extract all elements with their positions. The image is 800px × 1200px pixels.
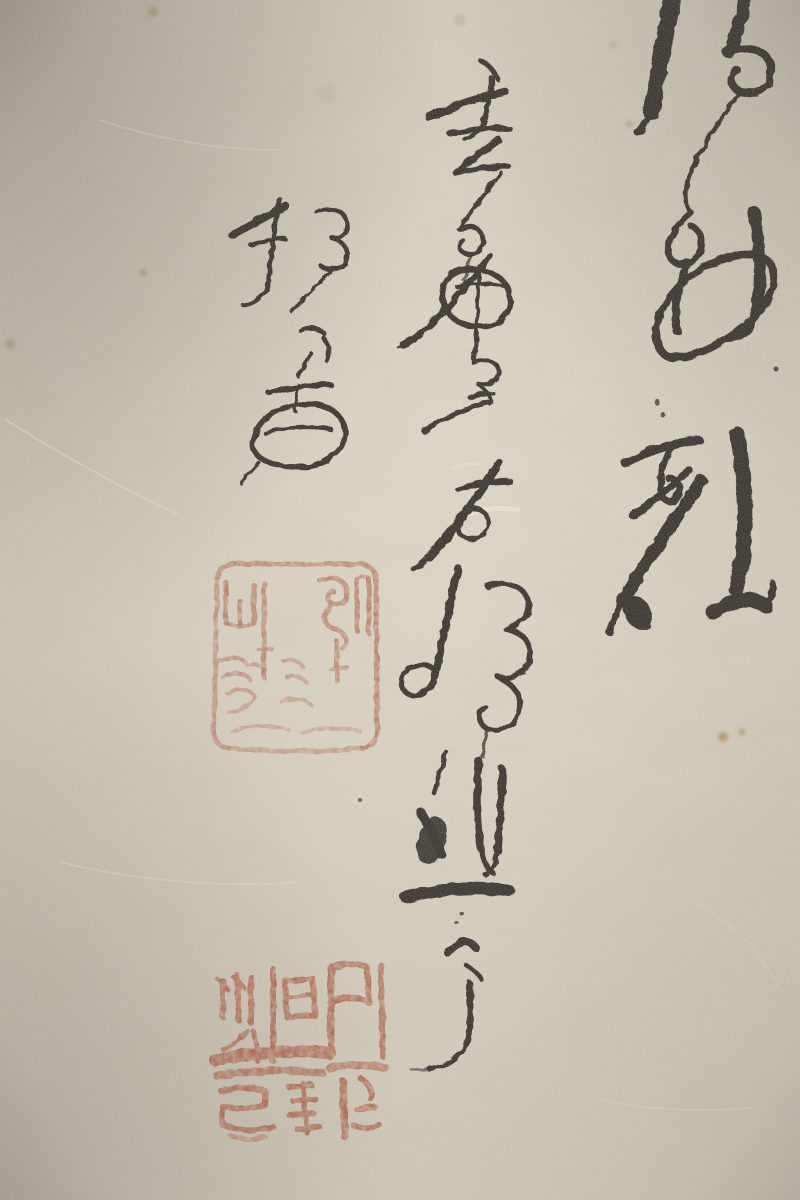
- calligraphy-photo: [0, 0, 800, 1200]
- artwork-canvas: [0, 0, 800, 1200]
- photo-vignette: [0, 0, 800, 1200]
